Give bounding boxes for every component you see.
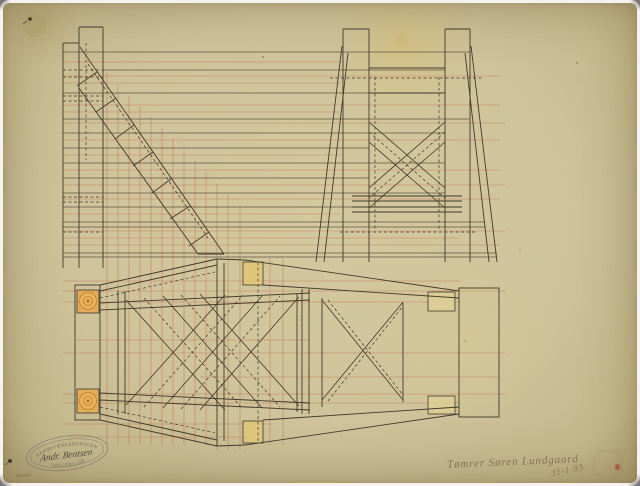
scanned-drawing-photo: HAANDVÆRKERSKOLEN VALLEKILDE Andr. Bents…	[0, 0, 640, 486]
red-construction-lines	[63, 62, 505, 450]
drawing-linework: HAANDVÆRKERSKOLEN VALLEKILDE Andr. Bents…	[0, 0, 640, 486]
colour-washes	[77, 262, 455, 443]
red-ink-dot	[615, 464, 620, 470]
plan-view-drawing	[75, 259, 499, 446]
side-view-drawing	[63, 27, 224, 268]
